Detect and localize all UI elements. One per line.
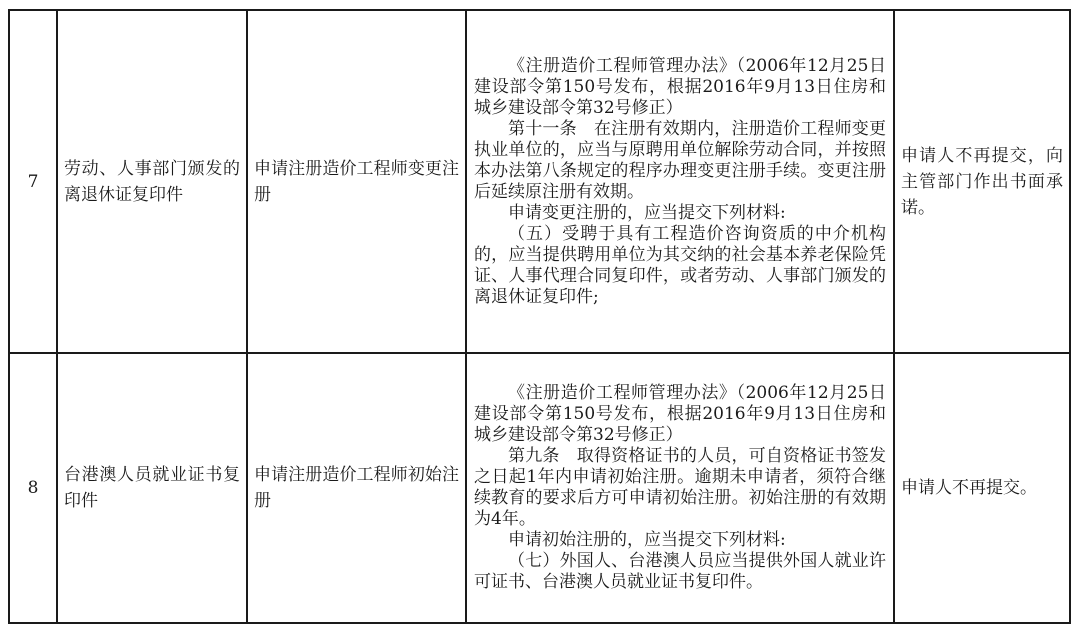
row-7-basis-paragraph-2: 第十一条 在注册有效期内，注册造价工程师变更执业单位的，应当与原聘用单位解除劳动… (474, 119, 886, 203)
row-7-legal-basis: 《注册造价工程师管理办法》（2006年12月25日建设部令第150号发布，根据2… (466, 10, 894, 353)
row-7-certificate-item: 劳动、人事部门颁发的离退休证复印件 (57, 10, 247, 353)
row-8-basis-paragraph-3: 申请初始注册的，应当提交下列材料: (474, 530, 886, 551)
row-8-basis-paragraph-2: 第九条 取得资格证书的人员，可自资格证书签发之日起1年内申请初始注册。逾期未申请… (474, 446, 886, 530)
row-8-application-type: 申请注册造价工程师初始注册 (247, 353, 466, 623)
document-page: 7 劳动、人事部门颁发的离退休证复印件 申请注册造价工程师变更注册 《注册造价工… (0, 0, 1080, 639)
row-7-basis-paragraph-4: （五）受聘于具有工程造价咨询资质的中介机构的，应当提供聘用单位为其交纳的社会基本… (474, 224, 886, 308)
row-7-application-type: 申请注册造价工程师变更注册 (247, 10, 466, 353)
row-8-note: 申请人不再提交。 (894, 353, 1070, 623)
row-7-basis-paragraph-3: 申请变更注册的，应当提交下列材料: (474, 203, 886, 224)
table-row-7: 7 劳动、人事部门颁发的离退休证复印件 申请注册造价工程师变更注册 《注册造价工… (9, 10, 1070, 353)
row-7-seq: 7 (9, 10, 57, 353)
table-row-8: 8 台港澳人员就业证书复印件 申请注册造价工程师初始注册 《注册造价工程师管理办… (9, 353, 1070, 623)
row-8-certificate-item: 台港澳人员就业证书复印件 (57, 353, 247, 623)
row-8-basis-paragraph-1: 《注册造价工程师管理办法》（2006年12月25日建设部令第150号发布，根据2… (474, 383, 886, 446)
row-8-legal-basis: 《注册造价工程师管理办法》（2006年12月25日建设部令第150号发布，根据2… (466, 353, 894, 623)
row-8-seq: 8 (9, 353, 57, 623)
row-7-note: 申请人不再提交，向主管部门作出书面承诺。 (894, 10, 1070, 353)
row-7-basis-paragraph-1: 《注册造价工程师管理办法》（2006年12月25日建设部令第150号发布，根据2… (474, 56, 886, 119)
certification-items-table: 7 劳动、人事部门颁发的离退休证复印件 申请注册造价工程师变更注册 《注册造价工… (8, 9, 1071, 624)
row-8-basis-paragraph-4: （七）外国人、台港澳人员应当提供外国人就业许可证书、台港澳人员就业证书复印件。 (474, 551, 886, 593)
